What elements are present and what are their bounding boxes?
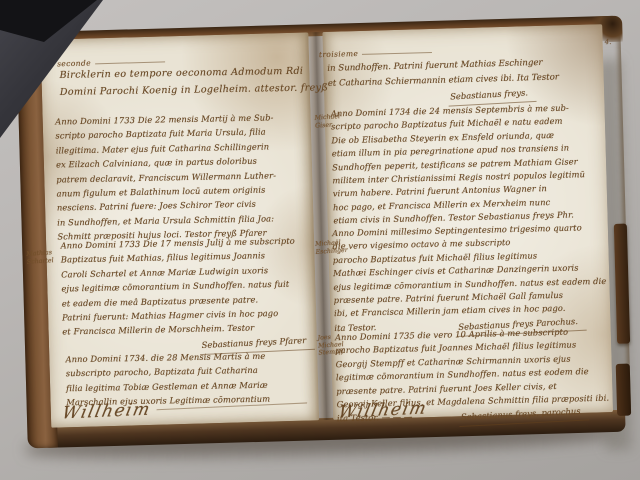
- baptism-entry-1733-jul: Anno Domini 1733 Die 17 mensis Julij à m…: [60, 233, 314, 356]
- entry-lines: Anno Domini 1735 die vero 10 Aprilis à m…: [335, 325, 609, 412]
- right-page-flourish-signature: Willheim: [337, 398, 429, 422]
- entry-lines: Anno Domini 1733 Die 17 mensis Julij à m…: [60, 233, 314, 339]
- entry-lines: Anno Domini millesimo Septingentesimo tr…: [332, 221, 607, 321]
- entry-continuation: in Sundhoffen. Patrini fuerunt Mathias E…: [327, 51, 640, 108]
- clasp-remnant: [614, 224, 630, 344]
- flourish-text: Willheim: [60, 399, 152, 423]
- catchword-rule: [362, 51, 432, 54]
- catchword-text: troisieme: [319, 49, 359, 59]
- baptism-entry-1734-sep: Anno Domini 1734 die 24 mensis Septembri…: [331, 101, 586, 228]
- margin-note-mathias-schartel: MathiasSchartel: [26, 249, 54, 266]
- flourish-text: Willheim: [337, 398, 429, 422]
- flourish-tail-stroke: [157, 402, 308, 410]
- baptism-entry-1734-oct: Anno Domini millesimo Septingentesimo tr…: [332, 221, 607, 338]
- page-number: 4.: [605, 38, 612, 46]
- clasp-remnant-lower: [616, 364, 631, 416]
- black-board-corner: [0, 0, 110, 142]
- photograph-background: seconde Bircklerin eo tempore oeconoma A…: [0, 0, 640, 480]
